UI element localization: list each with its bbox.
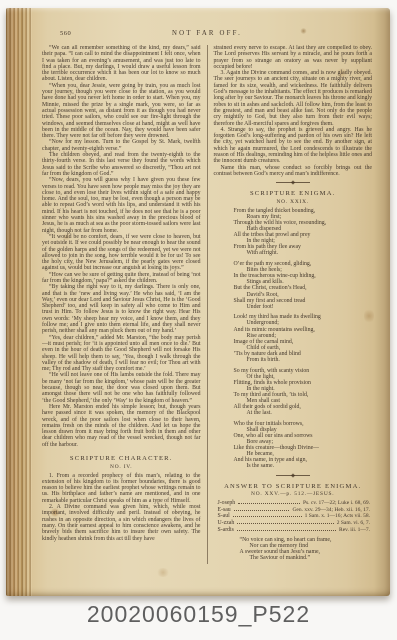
poem-line: At the last. xyxy=(247,410,373,416)
poem-stanza: From the tangled thicket bounding,Roars … xyxy=(234,208,373,257)
answer-row: S-aul1 Sam. x. 1—16; Acts vii. 58. xyxy=(218,513,371,520)
answer-name: J-oseph xyxy=(218,500,236,507)
paragraph: “Now for my lesson. Turn to the Gospel b… xyxy=(42,139,201,152)
poem-line: Under foot! xyxy=(247,304,373,310)
poem-stanza: Look! my third has made its dwellingUnde… xyxy=(234,314,373,363)
paragraph: Here Mr. Marston ended his simple lesson… xyxy=(42,404,201,448)
answer-row: J-osephPs. cv. 17—22; Luke i. 68, 69. xyxy=(218,500,371,507)
story-paragraphs: “We can all remember something of the ki… xyxy=(42,45,201,448)
dot-leader xyxy=(237,523,333,524)
continuation-paragraphs: strained every nerve to escape. At last … xyxy=(214,45,373,177)
running-head: 560 NOT FAR OFF. xyxy=(42,30,372,42)
paragraph: “How can we be sure of getting quite the… xyxy=(42,272,201,285)
right-column: strained every nerve to escape. At last … xyxy=(207,45,373,564)
answer-title: ANSWER TO SCRIPTURE ENIGMA. xyxy=(214,484,373,490)
paragraph: “When you, dear Jessie, were going by tr… xyxy=(42,83,201,140)
answer-name: U-zzah xyxy=(218,520,235,527)
poem-line: With affright. xyxy=(247,250,373,256)
scripture-character-number: NO. IV. xyxy=(42,464,201,470)
scripture-character-paragraphs: 1. From a recorded prophecy of this man’… xyxy=(42,473,201,542)
text-columns: “We can all remember something of the ki… xyxy=(42,45,372,564)
stain-spot xyxy=(156,568,170,577)
paragraph: “Now, dears, you will guess why I have g… xyxy=(42,177,201,234)
answer-number: NO. XXV.—p. 512.—JESUS. xyxy=(214,491,373,497)
left-column: “We can all remember something of the ki… xyxy=(42,45,207,564)
running-title: NOT FAR OFF. xyxy=(42,30,372,37)
poem-stanza: Who the four initials borrows,Shall disp… xyxy=(234,421,373,470)
dot-leader xyxy=(234,510,290,511)
poem-stanza: So my fourth, with scanty visionOf the l… xyxy=(234,368,373,417)
answer-refs: Ps. cv. 17—22; Luke i. 68, 69. xyxy=(303,500,370,507)
answer-rows: J-osephPs. cv. 17—22; Luke i. 68, 69.E-s… xyxy=(218,500,371,533)
scan-id-label: 20020060159_P522 xyxy=(0,601,397,628)
paragraph: 3. Again the Divine command comes, and i… xyxy=(214,70,373,127)
book-page-photo: 560 NOT FAR OFF. “We can all remember so… xyxy=(6,8,390,596)
answer-row: E-sauGen. xxv. 29—34; Heb. xii. 16, 17. xyxy=(218,507,371,514)
answer-name: S-ardis xyxy=(218,527,234,534)
paragraph: “Yes, dear children,” added Mr. Marston,… xyxy=(42,335,201,373)
paragraph: Name this man, whose conduct so forcibly… xyxy=(214,165,373,178)
scripture-enigma-number: NO. XXIX. xyxy=(214,199,373,205)
paragraph: “It would be no comfort, dears, if we we… xyxy=(42,234,201,272)
section-divider xyxy=(276,182,310,183)
answer-refs: 1 Sam. x. 1—16; Acts vii. 58. xyxy=(305,513,370,520)
section-divider xyxy=(276,475,310,476)
paragraph: “He will not leave one of His lambs outs… xyxy=(42,372,201,403)
poem-stanza: O’er the path my second, gliding,Bites t… xyxy=(234,261,373,310)
dot-leader xyxy=(237,530,336,531)
enigma-stanzas: From the tangled thicket bounding,Roars … xyxy=(234,208,373,470)
answer-verse: “No voice can sing, no heart can frame,N… xyxy=(240,537,373,561)
answer-refs: Rev. iii. 1—7. xyxy=(339,527,370,534)
scripture-character-title: SCRIPTURE CHARACTER. xyxy=(42,456,201,462)
answer-row: U-zzah2 Sam. vi. 6, 7. xyxy=(218,520,371,527)
paragraph: 4. Strange to say, the prophet is grieve… xyxy=(214,127,373,165)
dot-leader xyxy=(238,503,300,504)
scripture-enigma-title: SCRIPTURE ENIGMA. xyxy=(214,191,373,197)
answer-refs: 2 Sam. vi. 6, 7. xyxy=(337,520,370,527)
poem-line: From its birth. xyxy=(247,357,373,363)
book-fore-edge xyxy=(6,8,32,596)
printed-page-content: 560 NOT FAR OFF. “We can all remember so… xyxy=(42,30,372,564)
verse-line: The Saviour of mankind.” xyxy=(250,555,373,561)
paragraph: 1. From a recorded prophecy of this man’… xyxy=(42,473,201,504)
answer-row: S-ardisRev. iii. 1—7. xyxy=(218,527,371,534)
paragraph: strained every nerve to escape. At last … xyxy=(214,45,373,70)
poem-line: Is the same. xyxy=(247,463,373,469)
paragraph: “We can all remember something of the ki… xyxy=(42,45,201,83)
dot-leader xyxy=(233,516,302,517)
answer-name: S-aul xyxy=(218,513,230,520)
paragraph: “By taking the right way to it, my darli… xyxy=(42,284,201,334)
paragraph: 2. A Divine command was given him, which… xyxy=(42,504,201,542)
scanned-book-page: 560 NOT FAR OFF. “We can all remember so… xyxy=(0,0,397,640)
answer-refs: Gen. xxv. 29—34; Heb. xii. 16, 17. xyxy=(292,507,370,514)
paragraph: The children obeyed, and read from the t… xyxy=(42,152,201,177)
answer-name: E-sau xyxy=(218,507,231,514)
